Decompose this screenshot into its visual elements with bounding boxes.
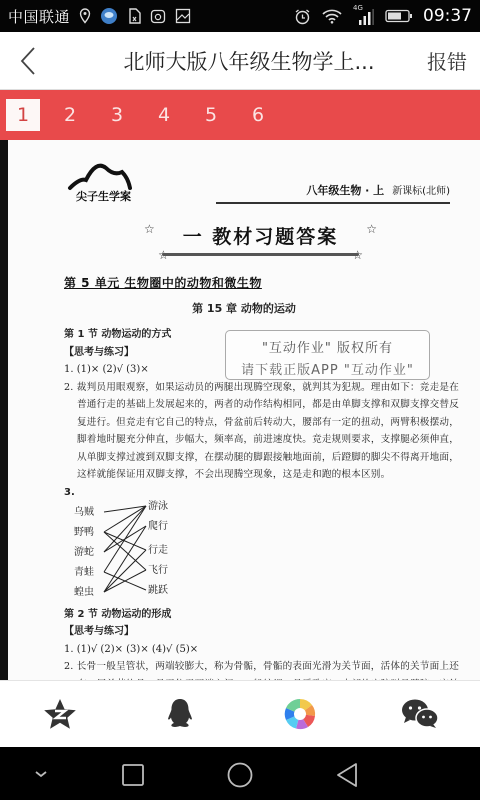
page-tab-4[interactable]: 4: [147, 99, 181, 131]
collapse-chevron-icon: [34, 769, 48, 779]
app-icon: [150, 8, 166, 24]
alarm-icon: [294, 8, 311, 25]
copyright-watermark: "互动作业" 版权所有 请下载正版APP "互动作业": [225, 330, 430, 380]
recents-square-icon: [121, 763, 145, 787]
page-title: 北师大版八年级生物学上...: [56, 46, 414, 76]
match-right-item: 行走: [148, 542, 168, 560]
image-icon: [175, 8, 191, 24]
header-divider: [216, 202, 450, 204]
document-viewer[interactable]: 尖子生学案 八年级生物 · 上新课标(北师) ☆ ☆ ☆ ☆ 一 教材习题答案 …: [0, 140, 480, 680]
logo: 尖子生学案: [66, 158, 156, 208]
sim-card-icon: [127, 8, 141, 24]
wechat-icon: [400, 698, 440, 730]
match-left-item: 乌贼: [74, 504, 94, 522]
share-bar: [0, 680, 480, 747]
recents-button[interactable]: [113, 755, 153, 795]
match-left-item: 蝗虫: [74, 584, 94, 602]
match-left-item: 野鸭: [74, 524, 94, 542]
moments-shutter-icon: [284, 698, 316, 730]
watermark-line-2: 请下载正版APP "互动作业": [226, 359, 429, 378]
moments-share-button[interactable]: [270, 689, 330, 739]
page-tab-1[interactable]: 1: [6, 99, 40, 131]
page-tab-3[interactable]: 3: [100, 99, 134, 131]
chevron-left-icon: [19, 46, 37, 76]
qq-share-button[interactable]: [150, 689, 210, 739]
document-page: 尖子生学案 八年级生物 · 上新课标(北师) ☆ ☆ ☆ ☆ 一 教材习题答案 …: [8, 140, 480, 680]
clock: 09:37: [423, 6, 472, 26]
back-triangle-icon: [335, 762, 359, 788]
document-header: 尖子生学案 八年级生物 · 上新课标(北师): [60, 158, 460, 208]
match-right-item: 爬行: [148, 518, 168, 536]
back-button[interactable]: [0, 32, 56, 90]
section-banner: ☆ ☆ ☆ ☆ 一 教材习题答案: [148, 222, 373, 258]
qzone-star-icon: [43, 698, 77, 730]
match-left-item: 青蛙: [74, 564, 94, 582]
system-nav-bar: [0, 747, 480, 800]
report-error-button[interactable]: 报错: [414, 46, 480, 75]
answer-paragraph: 2. 长骨一般呈管状，两端较膨大，称为骨骺，骨骺的表面光滑为关节面，活体的关节面…: [64, 658, 459, 680]
carrier-label: 中国联通: [8, 6, 70, 27]
app-notification-icon: [100, 7, 118, 25]
scan-edge: [0, 140, 8, 680]
star-icon: ☆: [366, 222, 377, 236]
page-tab-5[interactable]: 5: [194, 99, 228, 131]
home-circle-icon: [226, 761, 254, 789]
mountain-logo-icon: [66, 158, 156, 192]
collapse-nav-button[interactable]: [26, 759, 56, 789]
home-button[interactable]: [220, 755, 260, 795]
banner-underline: [162, 253, 359, 256]
wifi-icon: [321, 8, 343, 24]
match-left-item: 游蛇: [74, 544, 94, 562]
signal-4g-icon: 4G: [353, 6, 375, 26]
answer-label: 3.: [64, 484, 459, 502]
wechat-share-button[interactable]: [390, 689, 450, 739]
page-tab-6[interactable]: 6: [241, 99, 275, 131]
battery-icon: [385, 9, 413, 23]
section-title: 第 2 节 动物运动的形成: [64, 606, 459, 624]
match-right-item: 游泳: [148, 498, 168, 516]
logo-text: 尖子生学案: [76, 188, 131, 204]
header-edition: 新课标(北师): [392, 186, 450, 197]
title-bar: 北师大版八年级生物学上... 报错: [0, 32, 480, 90]
qq-penguin-icon: [166, 698, 194, 730]
watermark-line-1: "互动作业" 版权所有: [226, 337, 429, 356]
chapter-title: 第 15 章 动物的运动: [8, 300, 480, 316]
header-subject: 八年级生物 · 上新课标(北师): [306, 182, 450, 198]
qzone-share-button[interactable]: [30, 689, 90, 739]
unit-title: 第 5 单元 生物圈中的动物和微生物: [64, 274, 262, 291]
location-icon: [79, 8, 91, 24]
star-icon: ☆: [144, 222, 155, 236]
match-right-item: 跳跃: [148, 582, 168, 600]
banner-title: 一 教材习题答案: [148, 222, 373, 249]
answer-line: 1. (1)√ (2)× (3)× (4)√ (5)×: [64, 641, 459, 659]
status-bar: 中国联通 4G 09:37: [0, 0, 480, 32]
page-tab-2[interactable]: 2: [53, 99, 87, 131]
back-nav-button[interactable]: [327, 755, 367, 795]
matching-diagram: 乌贼 野鸭 游蛇 青蛙 蝗虫 游泳 爬行 行走 飞行 跳跃: [74, 502, 224, 606]
page-tabs: 1 2 3 4 5 6: [0, 90, 480, 140]
answer-paragraph: 2. 裁判员用眼观察，如果运动员的两腿出现腾空现象，就判其为犯规。理由如下：竞走…: [64, 379, 459, 485]
match-right-item: 飞行: [148, 562, 168, 580]
practice-label: 【思考与练习】: [64, 623, 459, 641]
